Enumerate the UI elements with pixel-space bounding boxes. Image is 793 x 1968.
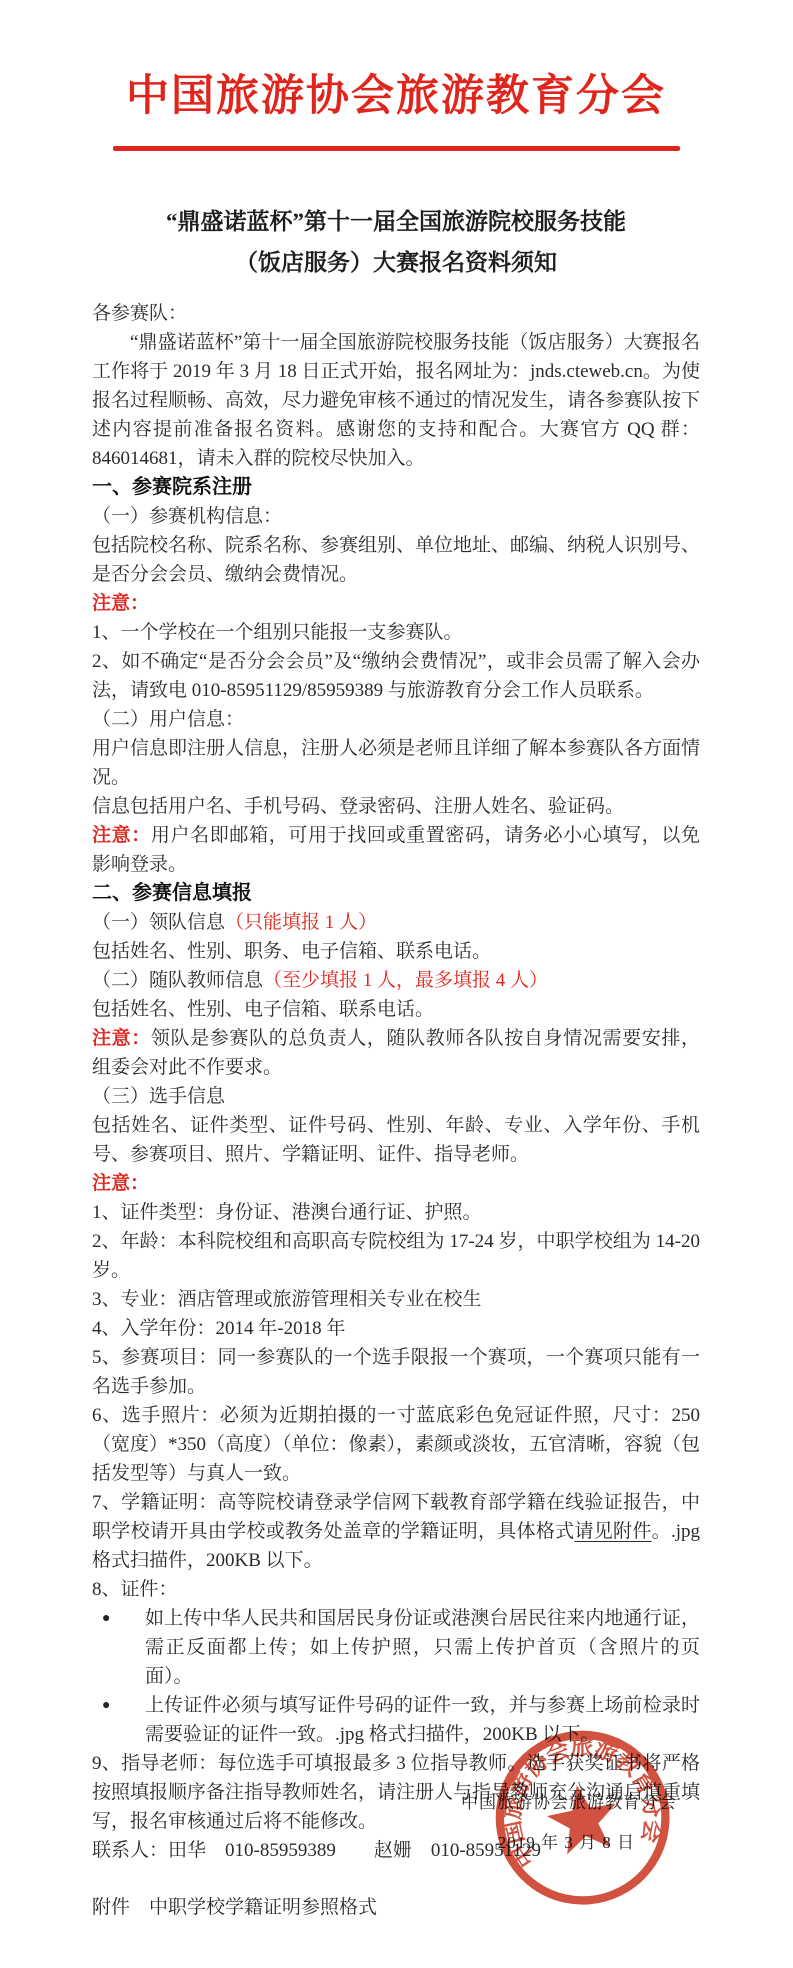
bullet-icon: ● bbox=[102, 1604, 110, 1633]
paragraph: 注意： bbox=[92, 589, 700, 618]
text-run: （一）参赛机构信息： bbox=[92, 506, 282, 527]
text-run: 2、年龄：本科院校组和高职高专院校组为 17-24 岁，中职学校组为 14-20… bbox=[92, 1231, 700, 1281]
signature-org: 中国旅游协会旅游教育分会 bbox=[461, 1788, 677, 1813]
text-run: 包括姓名、性别、职务、电子信箱、联系电话。 bbox=[92, 941, 491, 962]
notice-text: 注意： bbox=[92, 825, 151, 846]
text-run: 信息包括用户名、手机号码、登录密码、注册人姓名、验证码。 bbox=[92, 796, 624, 817]
bullet-icon: ● bbox=[102, 1691, 110, 1720]
paragraph: 包括院校名称、院系名称、参赛组别、单位地址、邮编、纳税人识别号、是否分会会员、缴… bbox=[92, 531, 700, 589]
paragraph: 4、入学年份：2014 年-2018 年 bbox=[92, 1314, 700, 1343]
paragraph: （一）领队信息（只能填报 1 人） bbox=[92, 908, 700, 937]
text-run: 1、证件类型：身份证、港澳台通行证、护照。 bbox=[92, 1202, 482, 1223]
text-run: 用户名即邮箱，可用于找回或重置密码，请务必小心填写，以免影响登录。 bbox=[92, 825, 700, 875]
paragraph: 注意： bbox=[92, 1169, 700, 1198]
text-run: 4、入学年份：2014 年-2018 年 bbox=[92, 1318, 345, 1339]
text-run: 联系人：田华 010-85959389 赵姗 010-85951129 bbox=[92, 1840, 541, 1861]
text-run: 3、专业：酒店管理或旅游管理相关专业在校生 bbox=[92, 1289, 482, 1310]
paragraph: （一）参赛机构信息： bbox=[92, 502, 700, 531]
document-content: 中国旅游协会旅游教育分会 “鼎盛诺蓝杯”第十一届全国旅游院校服务技能 （饭店服务… bbox=[0, 0, 793, 1922]
paragraph: 2、年龄：本科院校组和高职高专院校组为 17-24 岁，中职学校组为 14-20… bbox=[92, 1227, 700, 1285]
paragraph: 注意：用户名即邮箱，可用于找回或重置密码，请务必小心填写，以免影响登录。 bbox=[92, 821, 700, 879]
paragraph: 各参赛队： bbox=[92, 299, 700, 328]
paragraph: 3、专业：酒店管理或旅游管理相关专业在校生 bbox=[92, 1285, 700, 1314]
notice-text: 注意： bbox=[92, 1028, 151, 1049]
bullet-item: ●如上传中华人民共和国居民身份证或港澳台居民往来内地通行证，需正反面都上传；如上… bbox=[92, 1604, 700, 1691]
paragraph: 信息包括用户名、手机号码、登录密码、注册人姓名、验证码。 bbox=[92, 792, 700, 821]
paragraph: 1、一个学校在一个组别只能报一支参赛队。 bbox=[92, 618, 700, 647]
text-run: 用户信息即注册人信息，注册人必须是老师且详细了解本参赛队各方面情况。 bbox=[92, 738, 700, 788]
header-divider bbox=[113, 146, 680, 151]
text-run: 6、选手照片：必须为近期拍摄的一寸蓝底彩色免冠证件照，尺寸：250（宽度）*35… bbox=[92, 1405, 700, 1484]
notice-text: 注意： bbox=[92, 1173, 149, 1194]
text-run: 8、证件： bbox=[92, 1579, 178, 1600]
text-run: （三）选手信息 bbox=[92, 1086, 225, 1107]
bullet-item: ●上传证件必须与填写证件号码的证件一致，并与参赛上场前检录时需要验证的证件一致。… bbox=[92, 1691, 700, 1749]
paragraph: 7、学籍证明：高等院校请登录学信网下载教育部学籍在线验证报告，中职学校请开具由学… bbox=[92, 1488, 700, 1575]
attachment-link[interactable]: 请见附件 bbox=[574, 1521, 651, 1542]
section-heading: 一、参赛院系注册 bbox=[92, 473, 700, 502]
text-run: 2、如不确定“是否分会会员”及“缴纳会费情况”，或非会员需了解入会办法，请致电 … bbox=[92, 651, 700, 701]
paragraph: 包括姓名、证件类型、证件号码、性别、年龄、专业、入学年份、手机号、参赛项目、照片… bbox=[92, 1111, 700, 1169]
document-body: 各参赛队：“鼎盛诺蓝杯”第十一届全国旅游院校服务技能（饭店服务）大赛报名工作将于… bbox=[92, 299, 700, 1922]
text-run: （二）用户信息： bbox=[92, 709, 244, 730]
text-run: 二、参赛信息填报 bbox=[92, 882, 252, 904]
text-run: 包括姓名、性别、电子信箱、联系电话。 bbox=[92, 999, 434, 1020]
paragraph: （二）用户信息： bbox=[92, 705, 700, 734]
section-heading: 二、参赛信息填报 bbox=[92, 879, 700, 908]
text-run: 包括院校名称、院系名称、参赛组别、单位地址、邮编、纳税人识别号、是否分会会员、缴… bbox=[92, 535, 700, 585]
doc-title-line1: “鼎盛诺蓝杯”第十一届全国旅游院校服务技能 bbox=[92, 201, 700, 242]
org-title: 中国旅游协会旅游教育分会 bbox=[92, 70, 700, 124]
text-run: 领队是参赛队的总负责人，随队教师各队按自身情况需要安排，组委会对此不作要求。 bbox=[92, 1028, 700, 1078]
attachment-note: 附件 中职学校学籍证明参照格式 bbox=[92, 1893, 700, 1922]
paragraph: （三）选手信息 bbox=[92, 1082, 700, 1111]
text-run: 5、参赛项目：同一参赛队的一个选手限报一个赛项，一个赛项只能有一名选手参加。 bbox=[92, 1347, 700, 1397]
signature-date: 2019 年 3 月 8 日 bbox=[498, 1828, 635, 1853]
notice-text: （至少填报 1 人，最多填报 4 人） bbox=[263, 970, 548, 991]
paragraph: 用户信息即注册人信息，注册人必须是老师且详细了解本参赛队各方面情况。 bbox=[92, 734, 700, 792]
paragraph: 8、证件： bbox=[92, 1575, 700, 1604]
text-run: 附件 中职学校学籍证明参照格式 bbox=[92, 1897, 377, 1918]
text-run: 包括姓名、证件类型、证件号码、性别、年龄、专业、入学年份、手机号、参赛项目、照片… bbox=[92, 1115, 700, 1165]
doc-title: “鼎盛诺蓝杯”第十一届全国旅游院校服务技能 （饭店服务）大赛报名资料须知 bbox=[92, 201, 700, 283]
paragraph: （二）随队教师信息（至少填报 1 人，最多填报 4 人） bbox=[92, 966, 700, 995]
text-run: 1、一个学校在一个组别只能报一支参赛队。 bbox=[92, 622, 463, 643]
text-run: “鼎盛诺蓝杯”第十一届全国旅游院校服务技能（饭店服务）大赛报名工作将于 2019… bbox=[92, 332, 700, 469]
paragraph: 2、如不确定“是否分会会员”及“缴纳会费情况”，或非会员需了解入会办法，请致电 … bbox=[92, 647, 700, 705]
doc-title-line2: （饭店服务）大赛报名资料须知 bbox=[92, 242, 700, 283]
text-run: 一、参赛院系注册 bbox=[92, 476, 252, 498]
document-page: 中国旅游协会旅游教育分会 “鼎盛诺蓝杯”第十一届全国旅游院校服务技能 （饭店服务… bbox=[0, 0, 793, 1968]
text-run: （一）领队信息 bbox=[92, 912, 225, 933]
paragraph: 包括姓名、性别、职务、电子信箱、联系电话。 bbox=[92, 937, 700, 966]
text-run: 各参赛队： bbox=[92, 303, 187, 324]
text-run: （二）随队教师信息 bbox=[92, 970, 263, 991]
paragraph: 6、选手照片：必须为近期拍摄的一寸蓝底彩色免冠证件照，尺寸：250（宽度）*35… bbox=[92, 1401, 700, 1488]
paragraph: 包括姓名、性别、电子信箱、联系电话。 bbox=[92, 995, 700, 1024]
paragraph: 5、参赛项目：同一参赛队的一个选手限报一个赛项，一个赛项只能有一名选手参加。 bbox=[92, 1343, 700, 1401]
paragraph: 1、证件类型：身份证、港澳台通行证、护照。 bbox=[92, 1198, 700, 1227]
paragraph: 注意：领队是参赛队的总负责人，随队教师各队按自身情况需要安排，组委会对此不作要求… bbox=[92, 1024, 700, 1082]
notice-text: （只能填报 1 人） bbox=[225, 912, 377, 933]
notice-text: 注意： bbox=[92, 593, 149, 614]
paragraph: “鼎盛诺蓝杯”第十一届全国旅游院校服务技能（饭店服务）大赛报名工作将于 2019… bbox=[92, 328, 700, 473]
text-run: 如上传中华人民共和国居民身份证或港澳台居民往来内地通行证，需正反面都上传；如上传… bbox=[145, 1608, 700, 1687]
text-run: 上传证件必须与填写证件号码的证件一致，并与参赛上场前检录时需要验证的证件一致。.… bbox=[145, 1695, 700, 1745]
